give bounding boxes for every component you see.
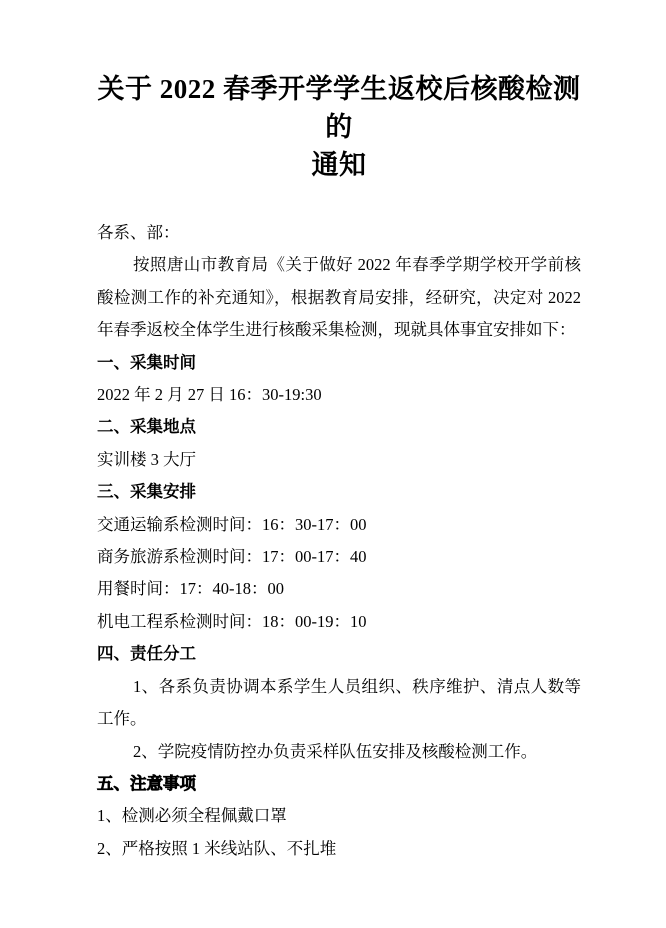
section-heading-collection-time: 一、采集时间 [97,347,581,379]
document-title-line-1: 关于 2022 春季开学学生返校后核酸检测的 [97,70,581,146]
document-title: 关于 2022 春季开学学生返校后核酸检测的 通知 [97,70,581,184]
section-heading-collection-schedule: 三、采集安排 [97,476,581,508]
responsibility-item-2: 2、学院疫情防控办负责采样队伍安排及核酸检测工作。 [97,736,581,768]
collection-location-value: 实训楼 3 大厅 [97,444,581,476]
collection-time-value: 2022 年 2 月 27 日 16：30-19:30 [97,379,581,411]
salutation: 各系、部： [97,217,581,249]
section-heading-collection-location: 二、采集地点 [97,411,581,443]
schedule-line-business-tourism-dept: 商务旅游系检测时间：17：00-17：40 [97,541,581,573]
note-item-2: 2、严格按照 1 米线站队、不扎堆 [97,833,581,865]
section-heading-notes: 五、注意事项 [97,768,581,800]
intro-paragraph: 按照唐山市教育局《关于做好 2022 年春季学期学校开学前核酸检测工作的补充通知… [97,249,581,346]
note-item-1: 1、检测必须全程佩戴口罩 [97,800,581,832]
responsibility-item-1: 1、各系负责协调本系学生人员组织、秩序维护、清点人数等工作。 [97,671,581,736]
notice-document-page: 关于 2022 春季开学学生返校后核酸检测的 通知 各系、部： 按照唐山市教育局… [0,0,666,928]
schedule-line-mechatronics-dept: 机电工程系检测时间：18：00-19：10 [97,606,581,638]
schedule-line-transportation-dept: 交通运输系检测时间：16：30-17：00 [97,509,581,541]
document-title-line-2: 通知 [97,146,581,184]
section-heading-responsibilities: 四、责任分工 [97,638,581,670]
schedule-line-meal-time: 用餐时间：17：40-18：00 [97,573,581,605]
document-body: 各系、部： 按照唐山市教育局《关于做好 2022 年春季学期学校开学前核酸检测工… [97,217,581,865]
